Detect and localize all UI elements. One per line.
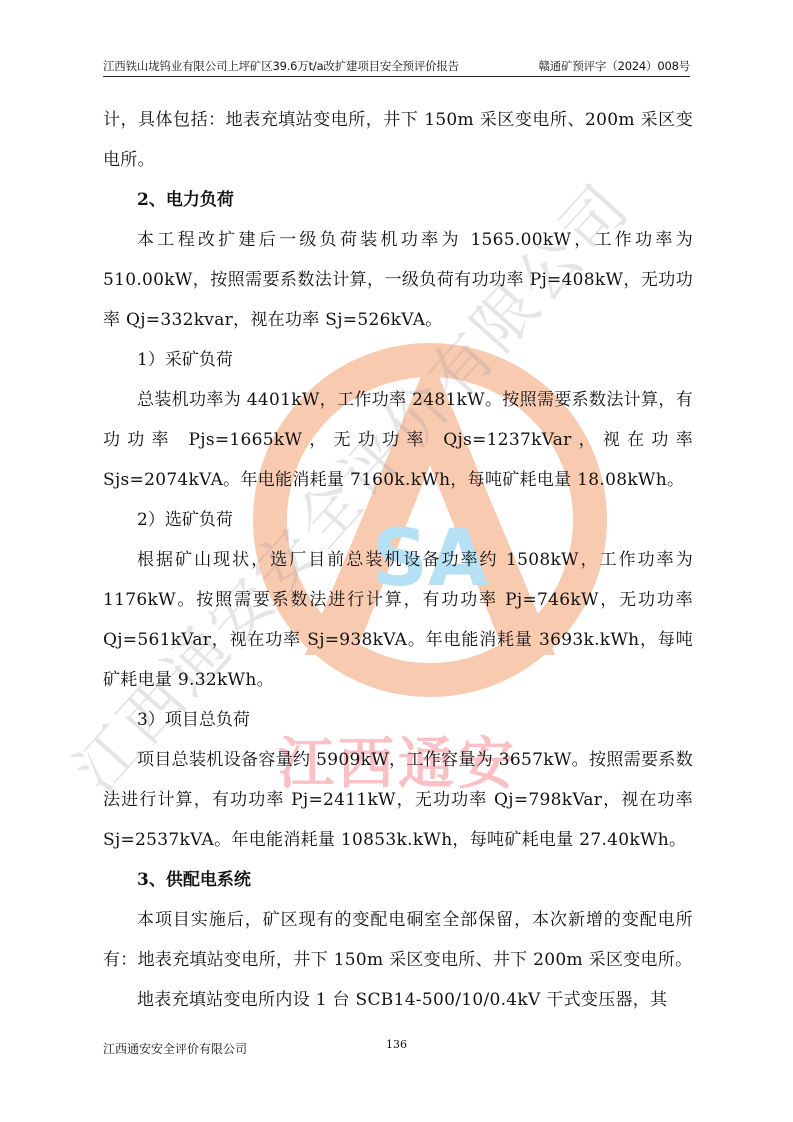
report-title: 江西铁山垅钨业有限公司上坪矿区39.6万t/a改扩建项目安全预评价报告 (103, 58, 459, 74)
paragraph: 本项目实施后，矿区现有的变配电硐室全部保留，本次新增的变配电所有：地表充填站变电… (103, 900, 693, 980)
page-header: 江西铁山垅钨业有限公司上坪矿区39.6万t/a改扩建项目安全预评价报告 赣通矿预… (103, 56, 690, 77)
document-number: 赣通矿预评字（2024）008号 (538, 58, 690, 74)
paragraph: 地表充填站变电所内设 1 台 SCB14-500/10/0.4kV 干式变压器，… (103, 980, 693, 1020)
subheading-dressing-load: 2）选矿负荷 (103, 500, 693, 540)
paragraph: 计，具体包括：地表充填站变电所，井下 150m 采区变电所、200m 采区变电所… (103, 100, 693, 180)
paragraph: 本工程改扩建后一级负荷装机功率为 1565.00kW，工作功率为 510.00k… (103, 220, 693, 340)
paragraph: 根据矿山现状，选厂目前总装机设备功率约 1508kW，工作功率为 1176kW。… (103, 540, 693, 700)
document-body: 计，具体包括：地表充填站变电所，井下 150m 采区变电所、200m 采区变电所… (103, 100, 693, 1020)
section-heading-supply-system: 3、供配电系统 (103, 860, 693, 900)
section-heading-power-load: 2、电力负荷 (103, 180, 693, 220)
paragraph: 总装机功率为 4401kW，工作功率 2481kW。按照需要系数法计算，有功功率… (103, 380, 693, 500)
subheading-total-load: 3）项目总负荷 (103, 700, 693, 740)
page-footer: 江西通安安全评价有限公司 136 (103, 1038, 690, 1058)
page-number: 136 (386, 1038, 407, 1051)
footer-company: 江西通安安全评价有限公司 (103, 1040, 247, 1057)
subheading-mining-load: 1）采矿负荷 (103, 340, 693, 380)
paragraph: 项目总装机设备容量约 5909kW，工作容量为 3657kW。按照需要系数法进行… (103, 740, 693, 860)
